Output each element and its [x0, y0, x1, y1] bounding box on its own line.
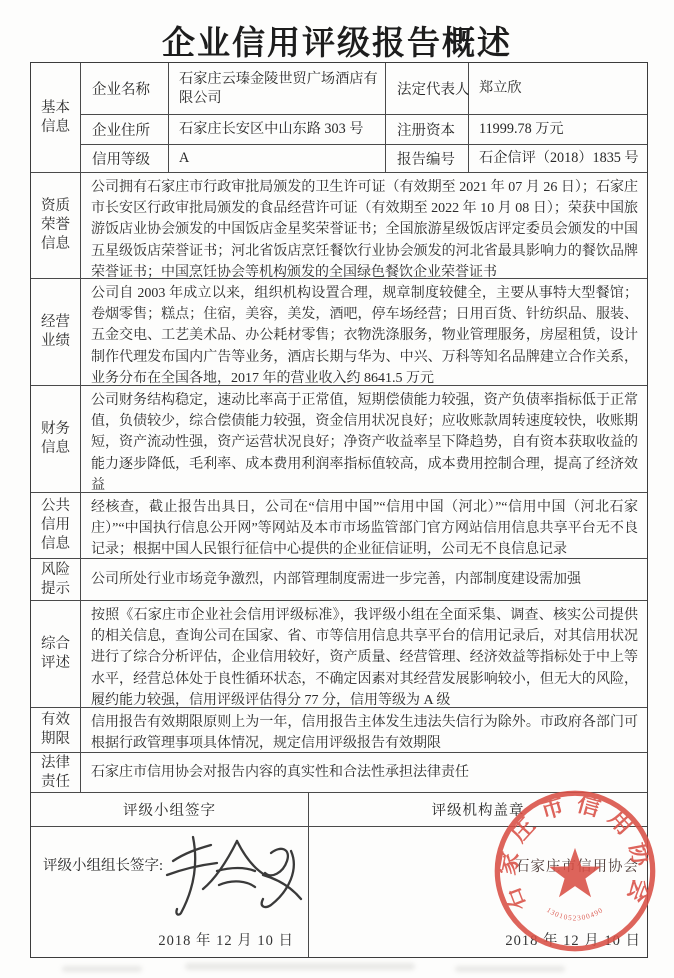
value-legal-representative: 郑立欣	[469, 63, 647, 115]
label-credit-rating: 信用等级	[81, 145, 169, 173]
section-risk-warning: 风险提示 公司所处行业市场竞争激烈，内部管理制度需进一步完善，内部制度建设需加强	[31, 559, 647, 601]
section-financial-info: 财务信息 公司财务结构稳定，速动比率高于正常值，短期偿债能力较强，资产负债率指标…	[31, 386, 647, 493]
section-label-text: 综合评述	[41, 635, 71, 673]
section-content: 公司自 2003 年成立以来，组织机构设置合理，规章制度较健全，主要从事特大型餐…	[81, 279, 647, 386]
value-report-number: 石企信评（2018）1835 号	[469, 145, 647, 173]
section-label: 公共信用信息	[31, 493, 81, 559]
scan-smudge	[455, 966, 565, 972]
section-content: 公司财务结构稳定，速动比率高于正常值，短期偿债能力较强，资产负债率指标低于正常值…	[81, 386, 647, 493]
section-label: 法律责任	[31, 753, 81, 793]
label-company-name: 企业名称	[81, 63, 169, 115]
section-content: 公司所处行业市场竞争激烈，内部管理制度需进一步完善，内部制度建设需加强	[81, 559, 647, 601]
section-content: 信用报告有效期限原则上为一年，信用报告主体发生违法失信行为除外。市政府各部门可根…	[81, 708, 647, 753]
section-business-performance: 经营业绩 公司自 2003 年成立以来，组织机构设置合理，规章制度较健全，主要从…	[31, 279, 647, 386]
section-label: 综合评述	[31, 601, 81, 708]
credit-report-page: 企业信用评级报告概述 基本信息 企业名称 石家庄云瑧金陵世贸广场酒店有限公司 法…	[0, 0, 674, 978]
section-validity-period: 有效期限 信用报告有效期限原则上为一年，信用报告主体发生违法失信行为除外。市政府…	[31, 708, 647, 753]
section-label: 经营业绩	[31, 279, 81, 386]
value-company-name: 石家庄云瑧金陵世贸广场酒店有限公司	[169, 63, 386, 115]
section-label-text: 经营业绩	[41, 313, 71, 351]
section-label-text: 公共信用信息	[41, 497, 71, 554]
section-label-text: 基本信息	[41, 99, 71, 137]
section-label: 资质荣誉信息	[31, 173, 81, 279]
value-company-address: 石家庄长安区中山东路 303 号	[169, 115, 386, 145]
team-signature-header: 评级小组签字	[31, 793, 309, 827]
basic-info-block: 基本信息 企业名称 石家庄云瑧金陵世贸广场酒店有限公司 法定代表人 郑立欣 企业…	[31, 63, 647, 173]
scan-smudge	[185, 963, 415, 970]
section-label-basic-info: 基本信息	[31, 63, 81, 173]
label-legal-representative: 法定代表人	[386, 63, 469, 115]
scan-smudge	[62, 966, 142, 972]
section-content: 按照《石家庄市企业社会信用评级标准》，我评级小组在全面采集、调查、核实公司提供的…	[81, 601, 647, 708]
section-label: 财务信息	[31, 386, 81, 493]
seal-number-text: 1301052300490	[545, 905, 605, 922]
label-company-address: 企业住所	[81, 115, 169, 145]
section-comprehensive-review: 综合评述 按照《石家庄市企业社会信用评级标准》，我评级小组在全面采集、调查、核实…	[31, 601, 647, 708]
seal-star-icon	[549, 848, 601, 897]
label-registered-capital: 注册资本	[386, 115, 469, 145]
page-title: 企业信用评级报告概述	[0, 17, 674, 64]
section-label-text: 财务信息	[41, 420, 71, 458]
value-registered-capital: 11999.78 万元	[469, 115, 647, 145]
section-label: 有效期限	[31, 708, 81, 753]
section-public-credit-info: 公共信用信息 经核查，截止报告出具日，公司在“信用中国”“信用中国（河北）”“信…	[31, 493, 647, 559]
team-signature-cell: 评级小组组长签字: 2018 年 12 月	[31, 827, 309, 957]
section-content: 经核查，截止报告出具日，公司在“信用中国”“信用中国（河北）”“信用中国（河北石…	[81, 493, 647, 559]
signoff-body-row: 评级小组组长签字: 2018 年 12 月	[31, 827, 647, 957]
section-label-text: 有效期限	[41, 711, 71, 749]
section-label-text: 法律责任	[41, 754, 71, 792]
label-report-number: 报告编号	[386, 145, 469, 173]
report-table: 基本信息 企业名称 石家庄云瑧金陵世贸广场酒店有限公司 法定代表人 郑立欣 企业…	[30, 62, 648, 958]
leader-signature-label: 评级小组组长签字:	[43, 854, 163, 875]
value-credit-rating: A	[169, 145, 386, 173]
section-label: 风险提示	[31, 559, 81, 601]
section-label-text: 资质荣誉信息	[41, 197, 71, 254]
section-content: 公司拥有石家庄市行政审批局颁发的卫生许可证（有效期至 2021 年 07 月 2…	[81, 173, 647, 279]
section-label-text: 风险提示	[41, 561, 71, 599]
agency-seal-cell: 石家庄市信用协会 石家庄市信用协会 1301052300490 2018	[309, 827, 647, 957]
section-qualifications-honors: 资质荣誉信息 公司拥有石家庄市行政审批局颁发的卫生许可证（有效期至 2021 年…	[31, 173, 647, 279]
red-official-seal: 石家庄市信用协会 1301052300490	[491, 787, 659, 955]
team-signature-date: 2018 年 12 月 10 日	[158, 929, 294, 950]
handwritten-signature	[159, 827, 309, 923]
